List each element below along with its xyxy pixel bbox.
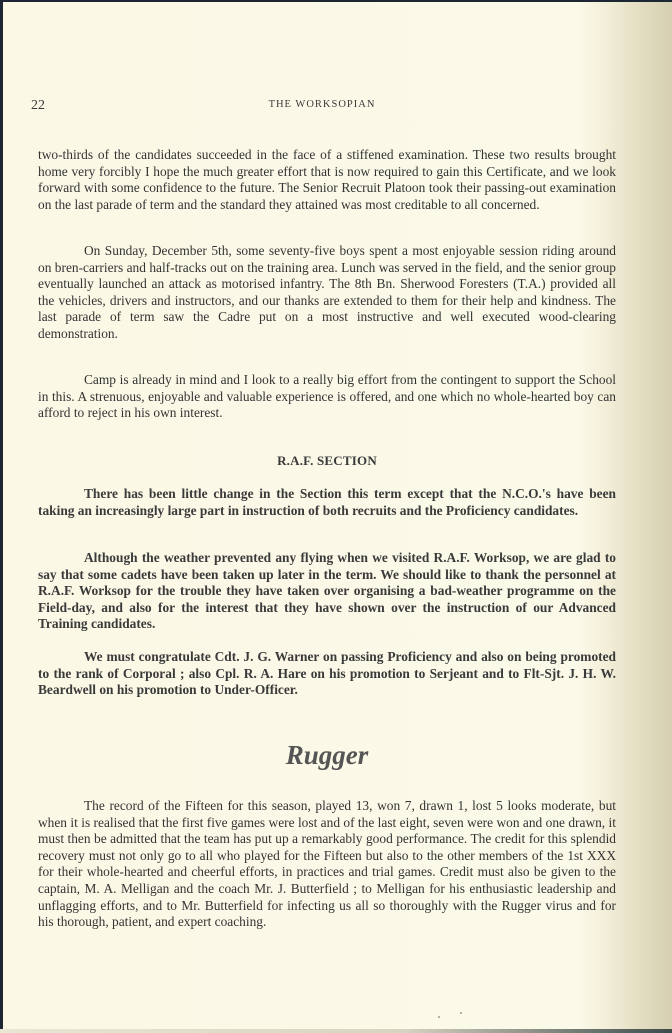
scanned-page: 22 THE WORKSOPIAN two-thirds of the cand…	[3, 2, 672, 1030]
page-bottom-edge	[0, 1029, 672, 1033]
army-paragraph-camp: Camp is already in mind and I look to a …	[38, 372, 616, 422]
raf-paragraph-ncos: There has been little change in the Sect…	[38, 486, 616, 519]
scan-speck	[460, 1012, 462, 1014]
rugger-paragraph-record: The record of the Fifteen for this seaso…	[38, 798, 616, 931]
rugger-heading: Rugger	[38, 740, 616, 771]
scan-speck	[438, 1016, 440, 1018]
army-paragraph-field-day: On Sunday, December 5th, some seventy-fi…	[38, 243, 616, 343]
raf-section-heading: R.A.F. SECTION	[38, 453, 616, 469]
raf-paragraph-flying: Although the weather prevented any flyin…	[38, 550, 616, 633]
scan-specks	[433, 1012, 473, 1026]
army-paragraph-continued: two-thirds of the candidates succeeded i…	[38, 147, 616, 213]
journal-title: THE WORKSOPIAN	[31, 99, 613, 110]
running-header: 22 THE WORKSOPIAN	[31, 98, 613, 114]
raf-paragraph-promotions: We must congratulate Cdt. J. G. Warner o…	[38, 649, 616, 699]
